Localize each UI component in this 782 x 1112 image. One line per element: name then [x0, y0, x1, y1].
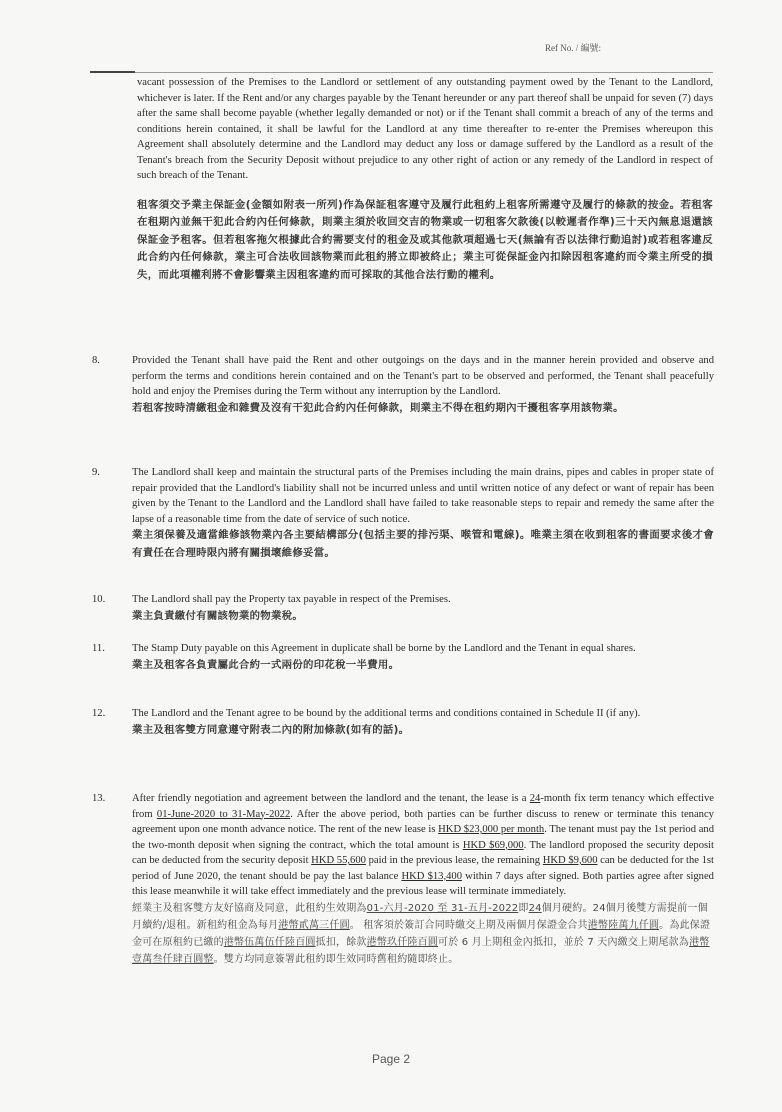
- clause-7-continuation: vacant possession of the Premises to the…: [137, 75, 713, 284]
- monthly-rent: HKD $23,000 per month: [438, 824, 544, 835]
- total-amount: HKD $69,000: [463, 840, 524, 851]
- clause-number: 12.: [92, 706, 105, 722]
- header-rule-accent: [90, 71, 135, 73]
- page-number: Page 2: [372, 1052, 410, 1066]
- clause-11-chinese: 業主及租客各負責屬此合約一式兩份的印花稅一半費用。: [132, 657, 714, 675]
- clause-13-english: After friendly negotiation and agreement…: [132, 791, 714, 900]
- clause-10: 10. The Landlord shall pay the Property …: [92, 592, 714, 625]
- term-months-zh: 24: [529, 903, 542, 914]
- clause-number: 8.: [92, 353, 100, 369]
- clause-10-english: The Landlord shall pay the Property tax …: [132, 592, 714, 608]
- remaining-amount-zh: 港幣玖仟陸百圓: [367, 937, 438, 948]
- clause-9: 9. The Landlord shall keep and maintain …: [92, 465, 714, 562]
- clause-7-chinese: 租客須交予業主保証金(金額如附表一所列)作為保証租客遵守及履行此租約上租客所需遵…: [137, 197, 713, 285]
- clause-10-chinese: 業主負責繳付有關該物業的物業稅。: [132, 608, 714, 626]
- header-rule: [135, 72, 713, 73]
- clause-11-english: The Stamp Duty payable on this Agreement…: [132, 641, 714, 657]
- clause-13: 13. After friendly negotiation and agree…: [92, 791, 714, 968]
- clause-9-chinese: 業主須保養及適當維修該物業內各主要結構部分(包括主要的排污渠、喉管和電線)。唯業…: [132, 527, 714, 562]
- clause-11: 11. The Stamp Duty payable on this Agree…: [92, 641, 714, 674]
- term-months: 24: [530, 793, 541, 804]
- clause-12-english: The Landlord and the Tenant agree to be …: [132, 706, 714, 722]
- clause-number: 9.: [92, 465, 100, 481]
- clause-8-english: Provided the Tenant shall have paid the …: [132, 353, 714, 400]
- clause-12-chinese: 業主及租客雙方同意遵守附表二內的附加條款(如有的話)。: [132, 722, 714, 740]
- clause-7-english: vacant possession of the Premises to the…: [137, 75, 713, 184]
- lease-period-zh: 01-六月-2020 至 31-五月-2022: [367, 903, 519, 914]
- lease-period: 01-June-2020 to 31-May-2022: [157, 809, 290, 820]
- remaining-amount: HKD $9,600: [543, 855, 598, 866]
- total-amount-zh: 港幣陸萬九仟圓: [588, 920, 659, 931]
- clause-13-chinese: 經業主及租客雙方友好協商及同意，此租約生效期為01-六月-2020 至 31-五…: [132, 900, 714, 969]
- reference-number-label: Ref No. / 編號:: [545, 41, 601, 54]
- clause-8-chinese: 若租客按時清繳租金和雜費及沒有干犯此合約內任何條款，則業主不得在租約期內干擾租客…: [132, 400, 714, 418]
- clause-12: 12. The Landlord and the Tenant agree to…: [92, 706, 714, 739]
- clause-number: 13.: [92, 791, 105, 807]
- clause-8: 8. Provided the Tenant shall have paid t…: [92, 353, 714, 417]
- previous-deposit: HKD 55,600: [311, 855, 366, 866]
- previous-deposit-zh: 港幣伍萬伍仟陸百圓: [224, 937, 316, 948]
- clause-number: 10.: [92, 592, 105, 608]
- balance-amount: HKD $13,400: [401, 871, 462, 882]
- clause-number: 11.: [92, 641, 105, 657]
- clause-9-english: The Landlord shall keep and maintain the…: [132, 465, 714, 527]
- monthly-rent-zh: 港幣貳萬三仟圓: [278, 920, 349, 931]
